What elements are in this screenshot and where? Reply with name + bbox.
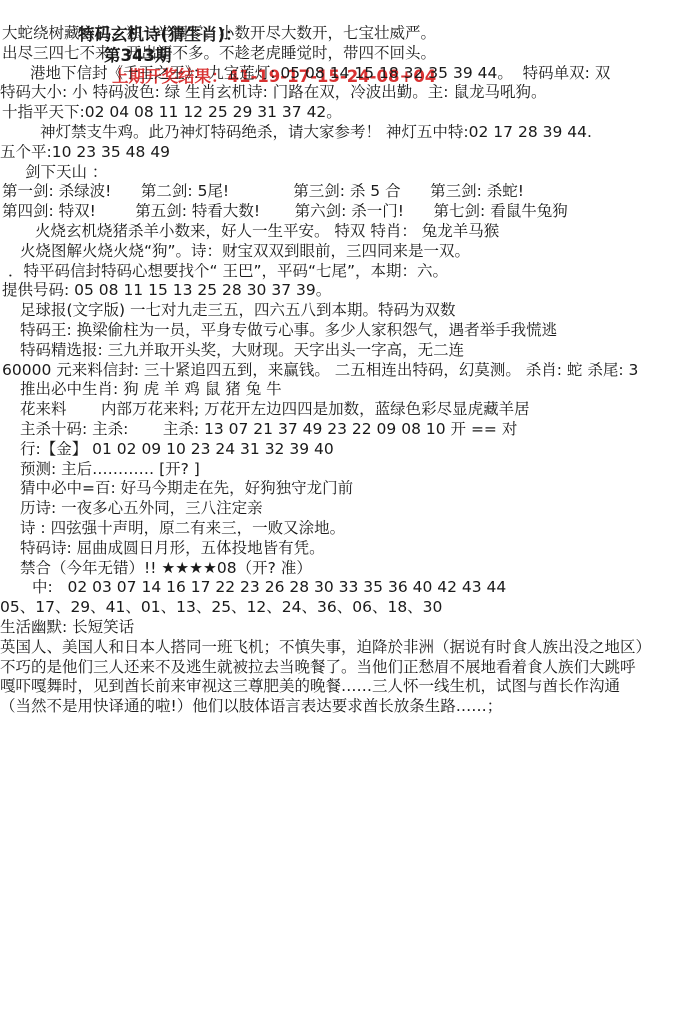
text-line: 60000 元来料信封: 三十紧追四五到，来赢钱。 二五相连出特码，幻莫测。 杀… bbox=[0, 361, 675, 381]
lottery-tip-sheet: 特码玄机诗(猜生肖)： 第343期 上期开奖结果：41-19-17-15-24-… bbox=[0, 0, 675, 1011]
text-line: 主杀十码: 主杀: 主杀: 13 07 21 37 49 23 22 09 08… bbox=[0, 420, 675, 440]
text-line: 足球报(文字版) 一七对九走三五，四六五八到本期。特码为双数 bbox=[0, 301, 675, 321]
text-line: 历诗: 一夜多心五外同，三八注定亲 bbox=[0, 499, 675, 519]
text-line: 禁合（今年无错）!! ★★★★08（开? 准） bbox=[0, 559, 675, 579]
text-line: 港地下信封《千王之王》：九宝莲灯: 05 08 14 15 18 32 35 3… bbox=[0, 64, 675, 84]
text-line: 特码诗: 屈曲成圆日月形，五体投地皆有凭。 bbox=[0, 539, 675, 559]
text-line: 出尽三四七不来，开出语不多。不趁老虎睡觉时，带四不回头。 bbox=[0, 44, 675, 64]
text-line: 中: 02 03 07 14 16 17 22 23 26 28 30 33 3… bbox=[0, 578, 675, 598]
text-line: 第一剑: 杀绿波! 第二剑: 5尾! 第三剑: 杀 5 合 第三剑: 杀蛇! bbox=[0, 182, 675, 202]
text-line: 嘎吓嘎舞时，见到酋长前来审视这三尊肥美的晚餐……三人怀一线生机，试图与酋长作沟通 bbox=[0, 677, 675, 697]
text-line: 05、17、29、41、01、13、25、12、24、36、06、18、30 bbox=[0, 598, 675, 618]
text-line: 火烧图解火烧火烧“狗”。诗：财宝双双到眼前，三四同来是一双。 bbox=[0, 242, 675, 262]
text-line: 诗 : 四弦强十声明，原二有来三，一败又涂地。 bbox=[0, 519, 675, 539]
header: 特码玄机诗(猜生肖)： 第343期 上期开奖结果：41-19-17-15-24-… bbox=[0, 3, 675, 24]
text-line: 猜中必中=百: 好马今期走在先，好狗独守龙门前 bbox=[0, 479, 675, 499]
text-line: 第四剑: 特双! 第五剑: 特看大数! 第六剑: 杀一门! 第七剑: 看鼠牛兔狗 bbox=[0, 202, 675, 222]
text-line: 特码大小: 小 特码波色: 绿 生肖玄机诗: 门路在双，冷波出勤。主: 鼠龙马吼… bbox=[0, 83, 675, 103]
text-line: 火烧玄机烧猪杀羊小数来，好人一生平安。 特双 特肖： 兔龙羊马猴 bbox=[0, 222, 675, 242]
text-line: （当然不是用快译通的啦!）他们以肢体语言表达要求酋长放条生路……； bbox=[0, 697, 675, 717]
text-line: 推出必中生肖: 狗 虎 羊 鸡 鼠 猪 兔 牛 bbox=[0, 380, 675, 400]
text-lines: 大蛇绕树藏玄机，独一半调零。小数开尽大数开，七宝壮威严。出尽三四七不来，开出语不… bbox=[0, 24, 675, 717]
text-line: 剑下天山 ： bbox=[0, 163, 675, 183]
text-line: 提供号码: 05 08 11 15 13 25 28 30 37 39。 bbox=[0, 281, 675, 301]
text-line: 特码精选报: 三九并取开头奖，大财现。天字出头一字高，无二连 bbox=[0, 341, 675, 361]
text-line: 特码王: 换梁偷柱为一员，平身专做亏心事。多少人家积怨气，遇者举手我慌逃 bbox=[0, 321, 675, 341]
text-line: 神灯禁支牛鸡。此乃神灯特码绝杀，请大家参考！ 神灯五中特:02 17 28 39… bbox=[0, 123, 675, 143]
text-line: 不巧的是他们三人还来不及逃生就被拉去当晚餐了。当他们正愁眉不展地看着食人族们大跳… bbox=[0, 658, 675, 678]
text-line: 行:【金】 01 02 09 10 23 24 31 32 39 40 bbox=[0, 440, 675, 460]
text-line: 生活幽默: 长短笑话 bbox=[0, 618, 675, 638]
text-line: 十指平天下:02 04 08 11 12 25 29 31 37 42。 bbox=[0, 103, 675, 123]
text-line: 花来料 内部万花来料; 万花开左边四四是加数，蓝绿色彩尽显虎藏羊居 bbox=[0, 400, 675, 420]
text-line: 英国人、美国人和日本人搭同一班飞机；不慎失事，迫降於非洲（据说有时食人族出没之地… bbox=[0, 638, 675, 658]
text-line: 预测: 主后………… [开? ] bbox=[0, 460, 675, 480]
text-line: 大蛇绕树藏玄机，独一半调零。小数开尽大数开，七宝壮威严。 bbox=[0, 24, 675, 44]
text-line: ．特平码信封特码心想要找个“ 王巴”，平码“七尾”，本期：六。 bbox=[0, 262, 675, 282]
text-line: 五个平:10 23 35 48 49 bbox=[0, 143, 675, 163]
